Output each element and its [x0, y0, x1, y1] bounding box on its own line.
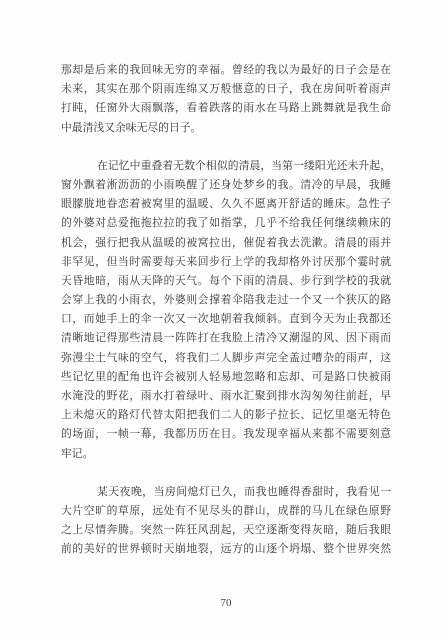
- document-page: 那却是后来的我回味无穷的幸福。曾经的我以为最好的日子会是在未来，其实在那个阴雨连…: [0, 0, 448, 640]
- text-line: 口，而她手上的伞一次又一次地朝着我倾斜。直到今天为止我都还: [61, 310, 391, 329]
- text-line: 清晰地记得那些清晨一阵阵打在我脸上清冷又潮湿的风、因下雨而: [61, 329, 391, 348]
- text-line: 未来，其实在那个阴雨连绵又万般惬意的日子，我在房间听着雨声: [61, 80, 391, 99]
- text-line: 前的美好的世界顿时天崩地裂，远方的山逐个坍塌、整个世界突然: [61, 540, 391, 559]
- text-line: 上未熄灭的路灯代替太阳把我们二人的影子拉长、记忆里毫无特色: [61, 406, 391, 425]
- text-line: 在记忆中重叠着无数个相似的清晨，当第一缕阳光还未升起，: [61, 157, 391, 176]
- text-line: 牢记。: [61, 445, 391, 464]
- text-line: 打盹，任窗外大雨飘落，看着跌落的雨水在马路上跳舞就是我生命: [61, 99, 391, 118]
- text-line: 眼朦胧地眷恋着被窝里的温暖、久久不愿离开舒适的睡床。急性子: [61, 195, 391, 214]
- page-number: 70: [61, 596, 391, 610]
- text-line: 中最清浅又余味无尽的日子。: [61, 119, 391, 138]
- text-line: 的外婆对总爱拖拖拉拉的我了如指掌，几乎不给我任何继续赖床的: [61, 214, 391, 233]
- paragraph: 某天夜晚，当房间熄灯已久，而我也睡得香甜时，我看见一大片空旷的草原，远处有不见尽…: [61, 483, 391, 560]
- text-line: 那却是后来的我回味无穷的幸福。曾经的我以为最好的日子会是在: [61, 61, 391, 80]
- page-text: 那却是后来的我回味无穷的幸福。曾经的我以为最好的日子会是在未来，其实在那个阴雨连…: [61, 61, 391, 560]
- text-line: 会穿上我的小雨衣，外婆则会撑着伞陪我走过一个又一个狭仄的路: [61, 291, 391, 310]
- text-line: 非罕见，但当时需要每天来回步行上学的我却格外讨厌那个霎时就: [61, 253, 391, 272]
- text-line: 窗外飘着淅沥沥的小雨唤醒了还身处梦乡的我。清冷的早晨，我睡: [61, 176, 391, 195]
- text-line: 些记忆里的配角也许会被别人轻易地忽略和忘却、可是路口快被雨: [61, 368, 391, 387]
- text-line: 天昏地暗，雨从天降的天气。每个下雨的清晨、步行到学校的我就: [61, 272, 391, 291]
- text-line: 机会，强行把我从温暖的被窝拉出，催促着我去洗漱。清晨的雨并: [61, 234, 391, 253]
- text-line: 水淹没的野花，雨水打着绿叶、雨水汇聚到排水沟匆匆往前赶，早: [61, 387, 391, 406]
- text-line: 某天夜晚，当房间熄灯已久，而我也睡得香甜时，我看见一: [61, 483, 391, 502]
- text-line: 的场面，一帧一幕，我都历历在目。我发现幸福从来都不需要刻意: [61, 425, 391, 444]
- paragraph: 在记忆中重叠着无数个相似的清晨，当第一缕阳光还未升起，窗外飘着淅沥沥的小雨唤醒了…: [61, 157, 391, 464]
- text-line: 之上尽情奔腾。突然一阵狂风刮起，天空逐渐变得灰暗，随后我眼: [61, 521, 391, 540]
- paragraph: 那却是后来的我回味无穷的幸福。曾经的我以为最好的日子会是在未来，其实在那个阴雨连…: [61, 61, 391, 138]
- text-line: 大片空旷的草原，远处有不见尽头的群山，成群的马儿在绿色原野: [61, 502, 391, 521]
- text-line: 弥漫尘土气味的空气，将我们二人脚步声完全盖过嘈杂的雨声，这: [61, 349, 391, 368]
